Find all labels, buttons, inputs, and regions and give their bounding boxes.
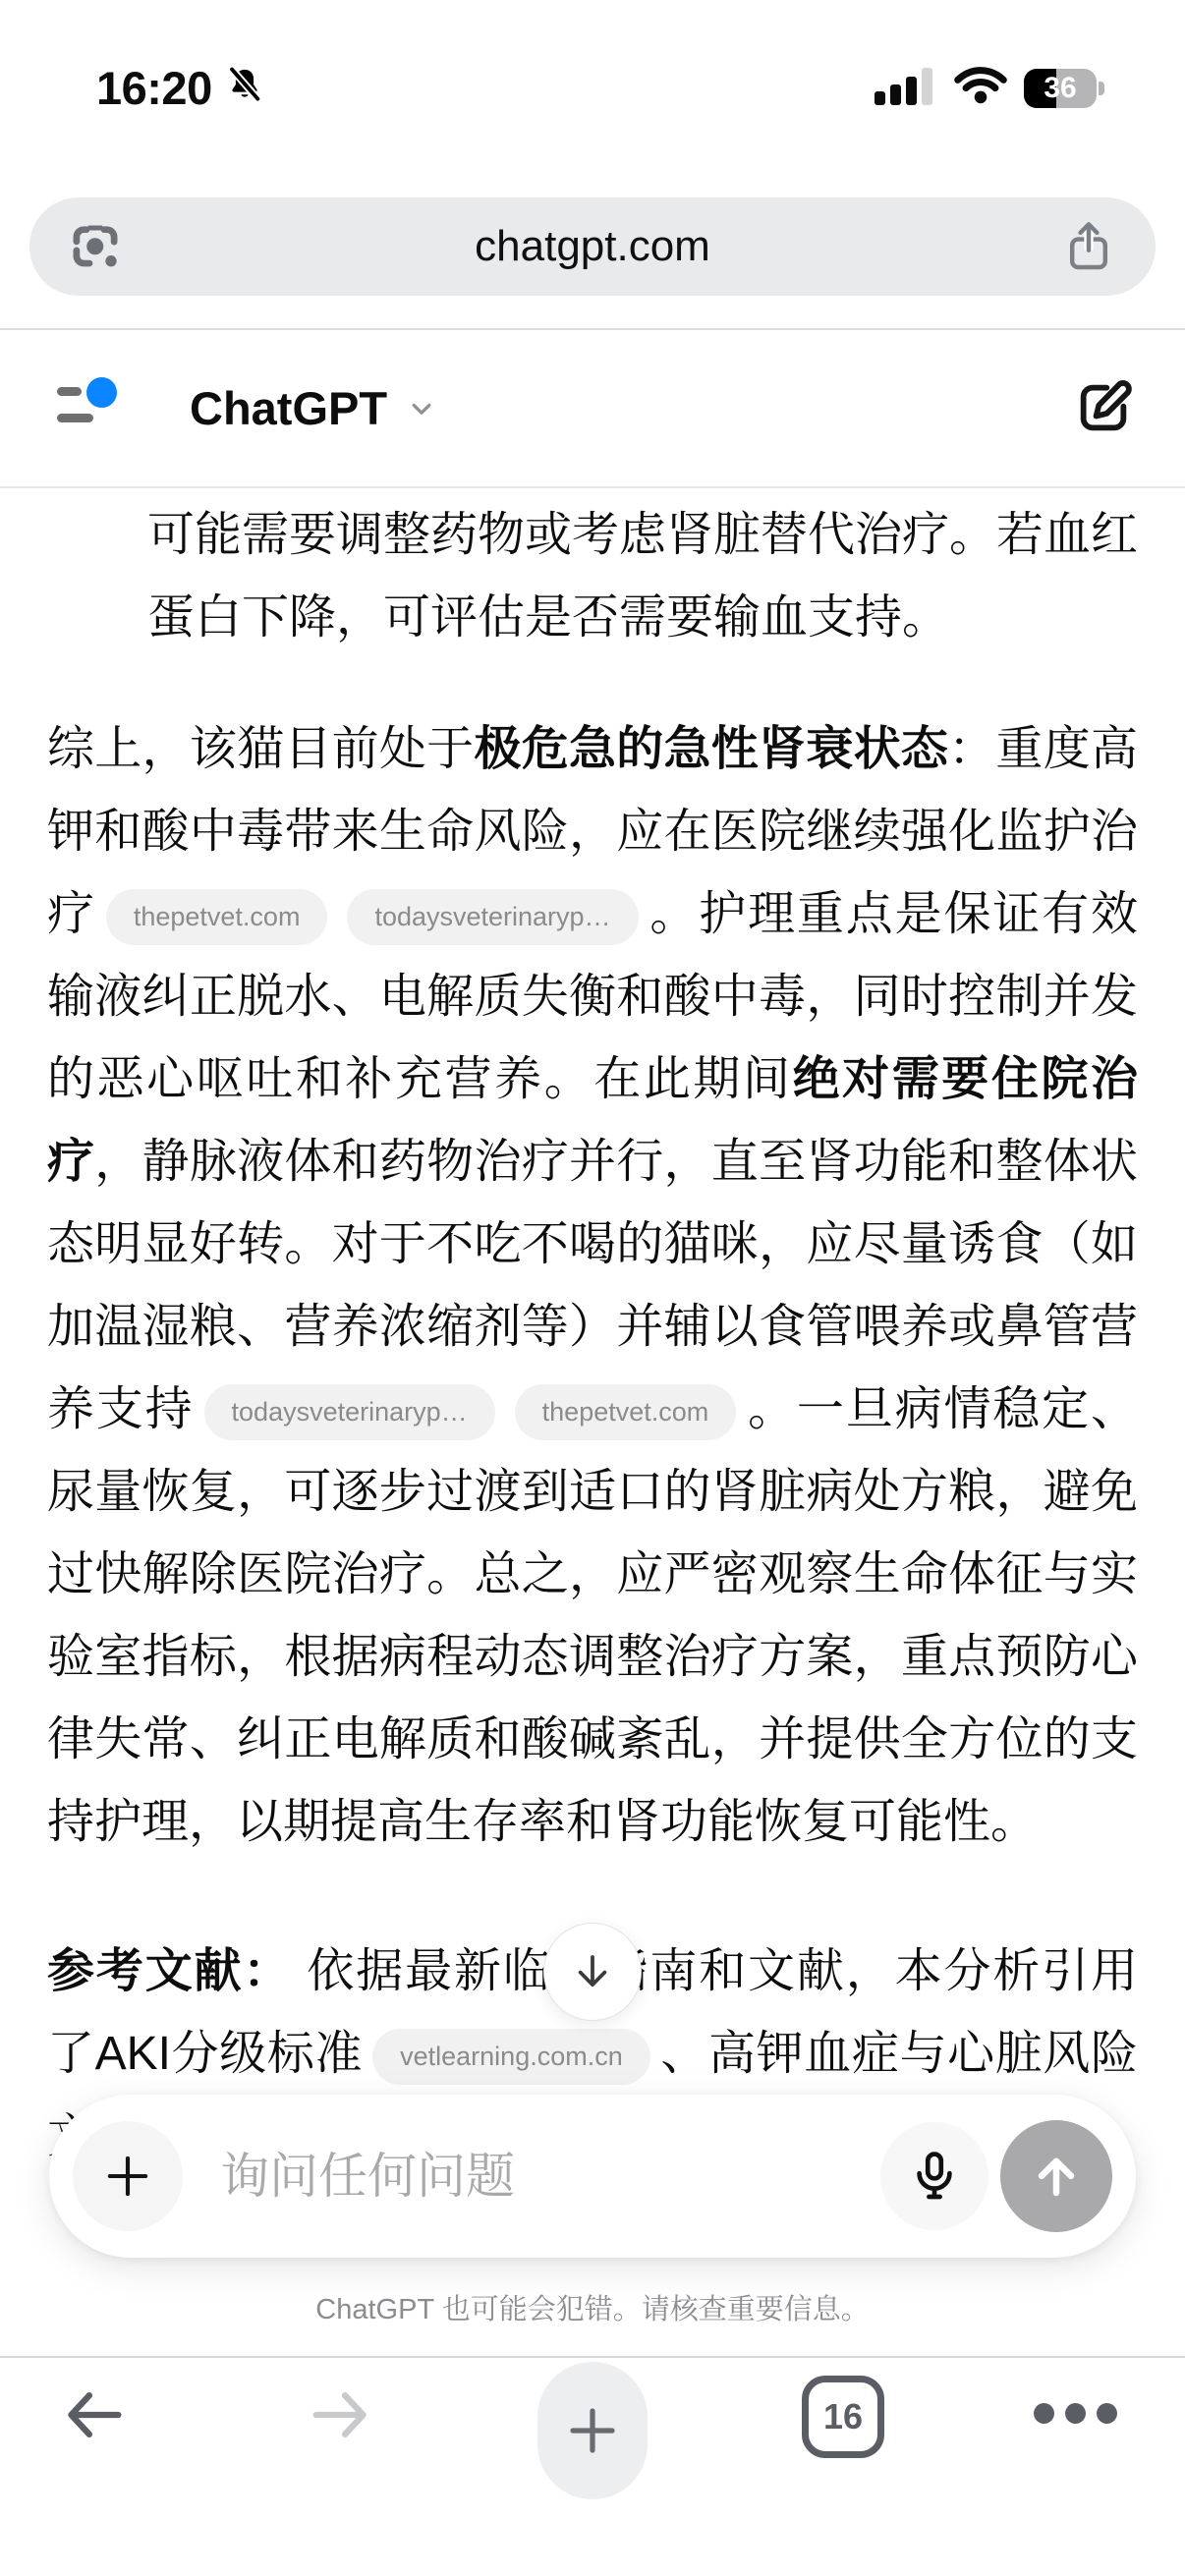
- tab-switcher-button[interactable]: 16: [802, 2376, 884, 2458]
- send-button[interactable]: [1000, 2120, 1112, 2232]
- arrow-left-icon: [61, 2387, 126, 2442]
- citation-pill[interactable]: thepetvet.com: [106, 889, 328, 945]
- message-composer[interactable]: [49, 2095, 1136, 2258]
- wifi-icon: [953, 65, 1008, 111]
- arrow-up-icon: [1028, 2148, 1085, 2205]
- back-button[interactable]: [61, 2387, 126, 2442]
- share-icon[interactable]: [1061, 219, 1116, 274]
- citation-pill[interactable]: vetlearning.com.cn: [372, 2029, 650, 2085]
- citation-pill[interactable]: todaysveterinaryp…: [204, 1384, 495, 1440]
- disclaimer-text: ChatGPT 也可能会犯错。请核查重要信息。: [0, 2287, 1185, 2327]
- battery-icon: 36: [1024, 69, 1104, 108]
- body-text: 可能需要调整药物或考虑肾脏替代治疗。若血红蛋白下降，可评估是否需要输血支持。: [147, 509, 1138, 644]
- compose-icon: [1071, 375, 1136, 440]
- menu-line: [57, 414, 93, 422]
- bold-text: 极危急的急性肾衰状态: [474, 723, 948, 775]
- browser-toolbar: 16: [0, 2356, 1185, 2576]
- status-bar: 16:20: [0, 0, 1185, 133]
- scroll-to-bottom-button[interactable]: [543, 1923, 642, 2021]
- new-tab-button[interactable]: [537, 2362, 648, 2499]
- citation-pill[interactable]: todaysveterinaryp…: [347, 889, 638, 945]
- notifications-muted-icon: [224, 65, 265, 111]
- message-input[interactable]: [218, 2147, 861, 2206]
- url-text[interactable]: chatgpt.com: [29, 197, 1156, 296]
- address-bar[interactable]: chatgpt.com: [29, 197, 1156, 296]
- phone-screen: 16:20: [0, 0, 1185, 2576]
- body-text: 。一旦病情稳定、尿量恢复，可逐步过渡到适口的肾脏病处方粮，避免过快解除医院治疗。…: [47, 1383, 1138, 1848]
- arrow-right-icon: [309, 2387, 373, 2442]
- menu-line: [57, 387, 82, 396]
- plus-icon: [99, 2148, 156, 2205]
- citation-pill[interactable]: thepetvet.com: [515, 1384, 737, 1440]
- arrow-down-icon: [569, 1948, 616, 1995]
- model-selector[interactable]: ChatGPT: [190, 330, 438, 486]
- ellipsis-dot: [1097, 2403, 1117, 2424]
- bold-text: 参考文献：: [47, 1945, 292, 1997]
- sidebar-menu-button[interactable]: [57, 358, 126, 426]
- cellular-signal-icon: [875, 66, 937, 110]
- notification-dot: [86, 377, 117, 408]
- body-text: 综上，该猫目前处于: [47, 723, 474, 775]
- battery-cap: [1099, 82, 1104, 95]
- chevron-down-icon: [405, 392, 438, 425]
- attach-button[interactable]: [73, 2121, 183, 2231]
- paragraph: 可能需要调整药物或考虑肾脏替代治疗。若血红蛋白下降，可评估是否需要输血支持。: [147, 494, 1138, 659]
- clock: 16:20: [96, 61, 212, 115]
- app-title: ChatGPT: [190, 381, 387, 435]
- tab-count: 16: [802, 2376, 884, 2458]
- more-menu-button[interactable]: [1034, 2403, 1118, 2427]
- forward-button[interactable]: [309, 2387, 373, 2442]
- microphone-icon: [907, 2149, 962, 2204]
- ellipsis-dot: [1065, 2403, 1086, 2424]
- voice-input-button[interactable]: [880, 2122, 988, 2230]
- chatgpt-header: ChatGPT: [0, 330, 1185, 486]
- battery-percent: 36: [1024, 69, 1097, 108]
- plus-icon: [563, 2401, 622, 2460]
- paragraph: 综上，该猫目前处于极危急的急性肾衰状态：重度高钾和酸中毒带来生命风险，应在医院继…: [47, 708, 1138, 1864]
- ellipsis-dot: [1034, 2403, 1054, 2424]
- new-chat-button[interactable]: [1071, 375, 1136, 440]
